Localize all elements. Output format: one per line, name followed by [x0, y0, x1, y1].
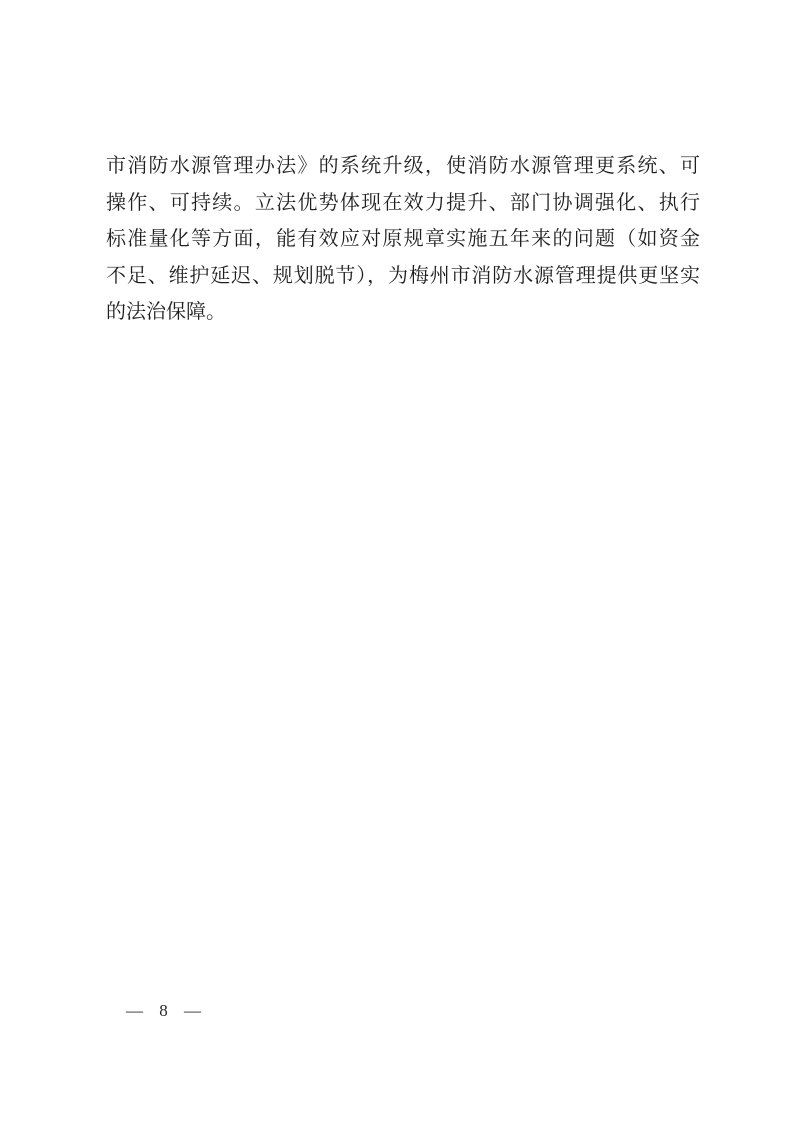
- paragraph-line: 操作、可持续。立法优势体现在效力提升、部门协调强化、执行: [106, 185, 700, 222]
- paragraph-line: 不足、维护延迟、规划脱节），为梅州市消防水源管理提供更坚实: [106, 258, 700, 295]
- page-footer: — 8 —: [126, 1001, 207, 1021]
- body-paragraph: 市消防水源管理办法》的系统升级，使消防水源管理更系统、可 操作、可持续。立法优势…: [106, 148, 700, 331]
- paragraph-line: 的法治保障。: [106, 294, 700, 331]
- page-number: — 8 —: [126, 1001, 207, 1020]
- document-page: 市消防水源管理办法》的系统升级，使消防水源管理更系统、可 操作、可持续。立法优势…: [0, 0, 793, 1122]
- paragraph-line: 市消防水源管理办法》的系统升级，使消防水源管理更系统、可: [106, 148, 700, 185]
- paragraph-line: 标准量化等方面，能有效应对原规章实施五年来的问题（如资金: [106, 221, 700, 258]
